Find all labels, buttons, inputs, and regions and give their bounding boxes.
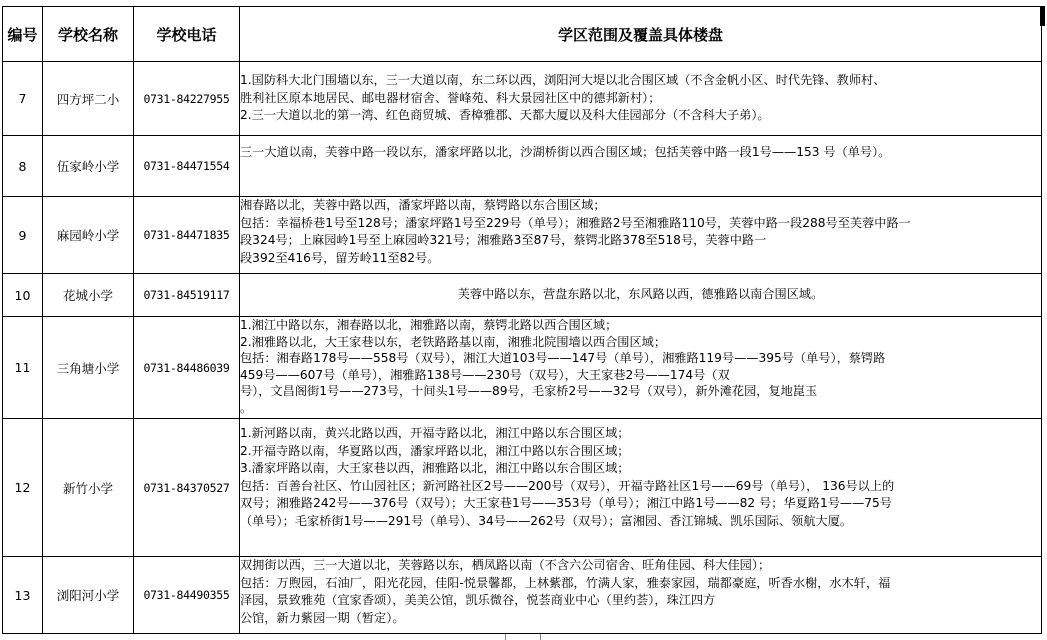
gridline-fragment: [505, 634, 506, 640]
school-phone: 0731-84471835: [134, 197, 240, 274]
area-line: 1.湘江中路以东，湘春路以北，湘雅路以南，蔡锷北路以西合围区域；: [240, 317, 1041, 334]
table-row: 7 四方坪二小 0731-84227955 1.国防科大北门围墙以东，三一大道以…: [3, 62, 1042, 136]
area-line: 。: [240, 400, 1041, 417]
header-row: 编号 学校名称 学校电话 学区范围及覆盖具体楼盘: [3, 7, 1042, 62]
district-area: 湘春路以北，芙蓉中路以西，潘家坪路以南，蔡锷路以东合围区域； 包括：幸福桥巷1号…: [240, 197, 1042, 274]
area-line: 1.新河路以南，黄兴北路以西，开福寺路以北，湘江中路以东合围区域；: [240, 425, 1041, 443]
area-line: 段392至416号，留芳岭11至82号。: [240, 250, 1041, 268]
area-line: 459号——607号（单号），湘雅路138号——230号（双号），大王家巷2号—…: [240, 367, 1041, 384]
school-phone: 0731-84370527: [134, 419, 240, 557]
area-line: 双拥街以西，三一大道以北，芙蓉路以东，栖凤路以南（不含六公司宿舍、旺角佳园、科大…: [240, 557, 1041, 575]
area-line: 包括：万煦园，石油厂，阳光花园，佳阳-悦景馨都，上林紫郡，竹满人家，雅泰家园，瑞…: [240, 575, 1041, 593]
area-line: 湘春路以北，芙蓉中路以西，潘家坪路以南，蔡锷路以东合围区域；: [240, 197, 1041, 215]
district-area: 1.新河路以南，黄兴北路以西，开福寺路以北，湘江中路以东合围区域； 2.开福寺路…: [240, 419, 1042, 557]
school-phone: 0731-84227955: [134, 62, 240, 136]
area-line: 2.三一大道以北的第一湾、红色商贸城、香樟雅郡、天都大厦以及科大佳园部分（不含科…: [240, 107, 1041, 125]
table-row: 8 伍家岭小学 0731-84471554 三一大道以南，芙蓉中路一段以东，潘家…: [3, 136, 1042, 197]
area-line: 号），文昌阁街1号——273号，十间头1号——89号，毛家桥2号——32号（双号…: [240, 383, 1041, 400]
district-area: 双拥街以西，三一大道以北，芙蓉路以东，栖凤路以南（不含六公司宿舍、旺角佳园、科大…: [240, 557, 1042, 634]
area-line: 包括：幸福桥巷1号至128号；潘家坪路1号至229号（单号）；湘雅路2号至湘雅路…: [240, 215, 1041, 233]
school-name: 伍家岭小学: [43, 136, 134, 197]
header-district-area: 学区范围及覆盖具体楼盘: [240, 7, 1042, 62]
area-line: 3.潘家坪路以南，大王家巷以西，湘雅路以北，湘江中路以东合围区域；: [240, 460, 1041, 478]
school-phone: 0731-84471554: [134, 136, 240, 197]
district-area: 三一大道以南，芙蓉中路一段以东，潘家坪路以北，沙湖桥街以西合围区域；包括芙蓉中路…: [240, 136, 1042, 197]
district-area: 1.国防科大北门围墙以东，三一大道以南，东二环以西，浏阳河大堤以北合围区域（不含…: [240, 62, 1042, 136]
school-name: 麻园岭小学: [43, 197, 134, 274]
district-area: 芙蓉中路以东，营盘东路以北，东风路以西，德雅路以南合围区域。: [240, 274, 1042, 317]
school-phone: 0731-84519117: [134, 274, 240, 317]
row-number: 11: [3, 317, 43, 419]
area-line: 段324号；上麻园岭1号至上麻园岭321号；湘雅路3至87号，蔡锷北路378至5…: [240, 232, 1041, 250]
area-line: 胜利社区原本地居民、邮电器材宿舍、誉峰苑、科大景园社区中的德邦新村）；: [240, 90, 1041, 108]
row-number: 9: [3, 197, 43, 274]
row-number: 13: [3, 557, 43, 634]
table-row: 10 花城小学 0731-84519117 芙蓉中路以东，营盘东路以北，东风路以…: [3, 274, 1042, 317]
area-line: 包括：湘春路178号——558号（双号），湘江大道103号——147号（单号），…: [240, 350, 1041, 367]
area-line: 2.湘雅路以北，大王家巷以东，老铁路路基以南，湘雅北院围墙以西合围区域；: [240, 334, 1041, 351]
table-row: 13 浏阳河小学 0731-84490355 双拥街以西，三一大道以北，芙蓉路以…: [3, 557, 1042, 634]
table-row: 12 新竹小学 0731-84370527 1.新河路以南，黄兴北路以西，开福寺…: [3, 419, 1042, 557]
table-row: 9 麻园岭小学 0731-84471835 湘春路以北，芙蓉中路以西，潘家坪路以…: [3, 197, 1042, 274]
area-line: 1.国防科大北门围墙以东，三一大道以南，东二环以西，浏阳河大堤以北合围区域（不含…: [240, 72, 1041, 90]
school-name: 三角塘小学: [43, 317, 134, 419]
area-line: 泽园，景致雅苑（宜家香颂），美美公馆，凯乐微谷，悦荟商业中心（里约荟），珠江四方: [240, 592, 1041, 610]
gridline-fragment: [540, 634, 541, 640]
row-number: 10: [3, 274, 43, 317]
sheet-edge-marker: [1040, 6, 1045, 26]
school-name: 浏阳河小学: [43, 557, 134, 634]
area-line: 包括：百善台社区、竹山园社区；新河路社区2号——200号（双号），开福寺路社区1…: [240, 478, 1041, 496]
school-phone: 0731-84486039: [134, 317, 240, 419]
area-line: 2.开福寺路以南，华夏路以西，潘家坪路以北，湘江中路以东合围区域；: [240, 443, 1041, 461]
school-name: 四方坪二小: [43, 62, 134, 136]
area-line: 芙蓉中路以东，营盘东路以北，东风路以西，德雅路以南合围区域。: [240, 286, 1041, 304]
table-row: 11 三角塘小学 0731-84486039 1.湘江中路以东，湘春路以北，湘雅…: [3, 317, 1042, 419]
header-school-name: 学校名称: [43, 7, 134, 62]
row-number: 7: [3, 62, 43, 136]
header-school-phone: 学校电话: [134, 7, 240, 62]
header-number: 编号: [3, 7, 43, 62]
row-number: 8: [3, 136, 43, 197]
school-phone: 0731-84490355: [134, 557, 240, 634]
area-line: 三一大道以南，芙蓉中路一段以东，潘家坪路以北，沙湖桥街以西合围区域；包括芙蓉中路…: [240, 144, 1041, 162]
district-area: 1.湘江中路以东，湘春路以北，湘雅路以南，蔡锷北路以西合围区域； 2.湘雅路以北…: [240, 317, 1042, 419]
area-line: （单号）；毛家桥街1号——291号（单号）、34号——262号（双号）；富湘园、…: [240, 513, 1041, 531]
row-number: 12: [3, 419, 43, 557]
school-district-table: 编号 学校名称 学校电话 学区范围及覆盖具体楼盘 7 四方坪二小 0731-84…: [2, 6, 1042, 634]
area-line: 公馆，新力紫园一期（暂定）。: [240, 610, 1041, 628]
school-name: 花城小学: [43, 274, 134, 317]
school-name: 新竹小学: [43, 419, 134, 557]
area-line: 双号；湘雅路242号——376号（双号）；大王家巷1号——353号（单号）；湘江…: [240, 495, 1041, 513]
